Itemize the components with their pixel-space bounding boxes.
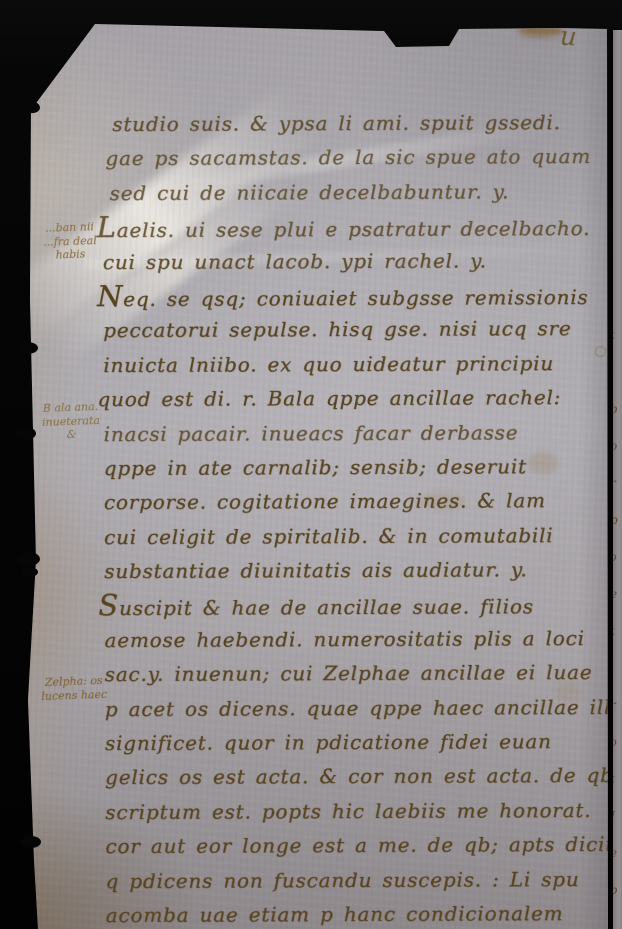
manuscript-text-line: Suscipit & hae de ancillae suae. filios xyxy=(98,586,610,623)
adjacent-folio-edge: tlborpɔetlrɔtJeb xyxy=(610,30,622,929)
edge-letter-fragment: o xyxy=(610,441,622,451)
manuscript-text-line: qppe in ate carnalib; sensib; deseruit xyxy=(98,449,610,486)
parchment-stain xyxy=(528,452,558,474)
edge-letter-fragment: e xyxy=(610,589,622,599)
binding-notch xyxy=(21,567,38,577)
manuscript-text-line: sed cui de niicaie decelbabuntur. y. xyxy=(97,174,609,211)
edge-letter-fragment: t xyxy=(610,774,622,784)
parchment-stain xyxy=(595,346,606,357)
margin-gloss-line: habis xyxy=(34,247,106,263)
margin-gloss-line: Zelpha: os xyxy=(32,674,116,690)
edge-letter-fragment: ɔ xyxy=(610,737,622,747)
margin-gloss-line: ...fra deal xyxy=(34,233,106,249)
edge-letter-fragment: t xyxy=(610,330,622,340)
manuscript-text-line: p acet os dicens. quae qppe haec ancilla… xyxy=(99,690,611,727)
edge-letter-fragment: t xyxy=(610,626,622,636)
edge-letter-fragment: e xyxy=(610,848,622,858)
margin-gloss-line: inueterata xyxy=(26,413,116,430)
manuscript-text-line: peccatorui sepulse. hisq gse. nisi ucq s… xyxy=(97,311,609,348)
manuscript-text-line: cui spu unact lacob. ypi rachel. y. xyxy=(97,242,609,279)
edge-letter-fragment: r xyxy=(610,700,622,710)
manuscript-text-line: inuicta lniibo. ex quo uideatur principi… xyxy=(97,346,609,383)
parchment-sheen xyxy=(0,55,362,358)
manuscript-text-line: sac.y. inuenun; cui Zelphae ancillae ei … xyxy=(99,655,611,692)
margin-gloss-line: ...ban nii xyxy=(33,220,105,236)
manuscript-text-line: Laelis. ui sese plui e psatratur decelba… xyxy=(97,208,609,245)
manuscript-text-line: gelics os est acta. & cor non est acta. … xyxy=(99,758,611,795)
binding-notch xyxy=(15,427,36,440)
margin-gloss: B ala ana.inueterata& xyxy=(25,399,116,443)
manuscript-text-line: scriptum est. popts hic laebiis me honor… xyxy=(99,793,611,830)
edge-letter-fragment: J xyxy=(610,811,622,821)
margin-gloss: Zelpha: oslucens haec xyxy=(32,674,117,704)
edge-letter-fragments: tlborpɔetlrɔtJeb xyxy=(610,330,622,895)
edge-letter-fragment: l xyxy=(610,663,622,673)
edge-letter-fragment: b xyxy=(610,404,622,414)
margin-gloss: ...ban nii...fra dealhabis xyxy=(33,220,106,263)
manuscript-text-line: corporse. cogitatione imaegines. & lam xyxy=(98,483,610,520)
margin-gloss-line: lucens haec xyxy=(32,687,116,703)
edge-letter-fragment: b xyxy=(610,885,622,895)
parchment-sheen xyxy=(152,114,589,198)
edge-letter-fragment: ɔ xyxy=(610,552,622,562)
manuscript-page: u studio suis. & ypsa li ami. spuit gsse… xyxy=(0,0,622,929)
edge-letter-fragment: p xyxy=(610,515,622,525)
parchment-stain xyxy=(556,682,582,702)
manuscript-text-line: acomba uae etiam p hanc condicionalem xyxy=(100,896,612,929)
manuscript-text-line: gae ps sacamstas. de la sic spue ato qua… xyxy=(96,139,608,176)
manuscript-text-line: substantiae diuinitatis ais audiatur. y. xyxy=(98,552,610,589)
manuscript-text-line: significet. quor in pdicatione fidei eua… xyxy=(99,724,611,761)
manuscript-text-line: cor aut eor longe est a me. de qb; apts … xyxy=(99,827,611,864)
manuscript-text-line: aemose haebendi. numerositatis plis a lo… xyxy=(98,621,610,658)
fold-crease xyxy=(85,245,605,269)
text-block: studio suis. & ypsa li ami. spuit gssedi… xyxy=(96,105,612,929)
manuscript-text-line: quod est di. r. Bala qppe ancillae rache… xyxy=(97,380,609,417)
manuscript-photo: u studio suis. & ypsa li ami. spuit gsse… xyxy=(0,0,622,929)
binding-notch xyxy=(21,836,41,848)
binding-notch xyxy=(17,342,38,354)
manuscript-text-line: inacsi pacair. inueacs facar derbasse xyxy=(98,414,610,451)
margin-gloss-line: & xyxy=(26,426,116,443)
binding-notch xyxy=(17,552,40,566)
manuscript-text-line: q pdicens non fuscandu suscepis. : Li sp… xyxy=(100,861,612,898)
parchment-stain xyxy=(518,24,564,37)
manuscript-text-line: Neq. se qsq; coniuaiet subgsse remission… xyxy=(97,277,609,314)
parchment-stain xyxy=(420,492,466,510)
edge-letter-fragment: r xyxy=(610,478,622,488)
parchment-sheen xyxy=(47,173,294,365)
folio-pen-mark: u xyxy=(559,21,578,52)
edge-letter-fragment: l xyxy=(610,367,622,377)
manuscript-text-line: cui celigit de spiritalib. & in comutabi… xyxy=(98,518,610,555)
margin-gloss-line: B ala ana. xyxy=(25,399,115,416)
manuscript-text-line: studio suis. & ypsa li ami. spuit gssedi… xyxy=(96,105,608,142)
